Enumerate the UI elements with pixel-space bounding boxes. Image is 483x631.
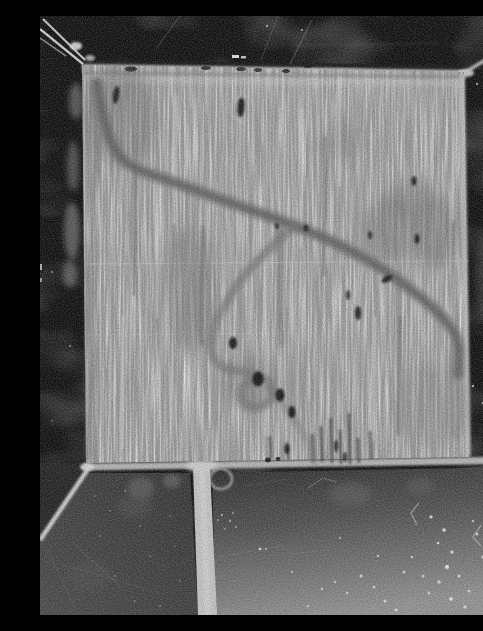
aerial-photograph: Black-and-white vertical aerial reconnai… bbox=[40, 16, 483, 615]
aerial-photo-svg bbox=[40, 16, 483, 615]
grain-dark bbox=[40, 16, 483, 615]
film-grain bbox=[40, 16, 483, 615]
